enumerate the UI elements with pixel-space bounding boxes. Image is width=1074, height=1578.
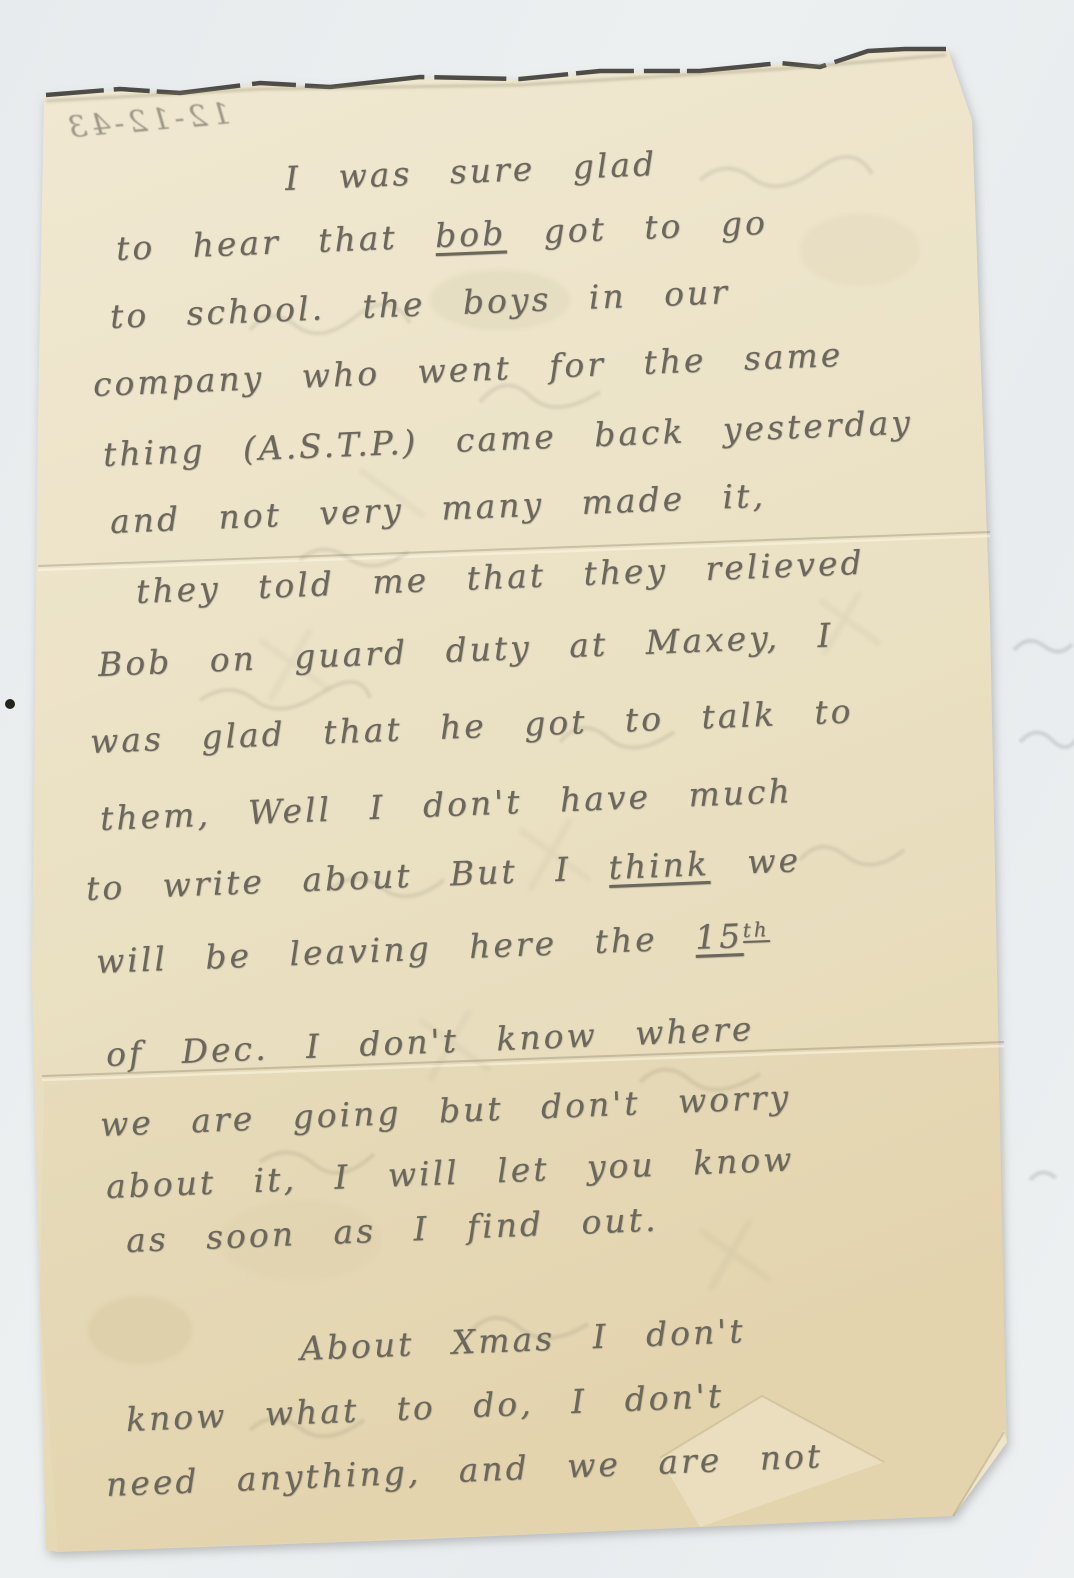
- scanned-letter-page: 12-12-43 I was sure glad to hear that bo…: [0, 0, 1074, 1578]
- ink-speck: [5, 699, 15, 709]
- scanner-debris-marks: [1014, 641, 1074, 1180]
